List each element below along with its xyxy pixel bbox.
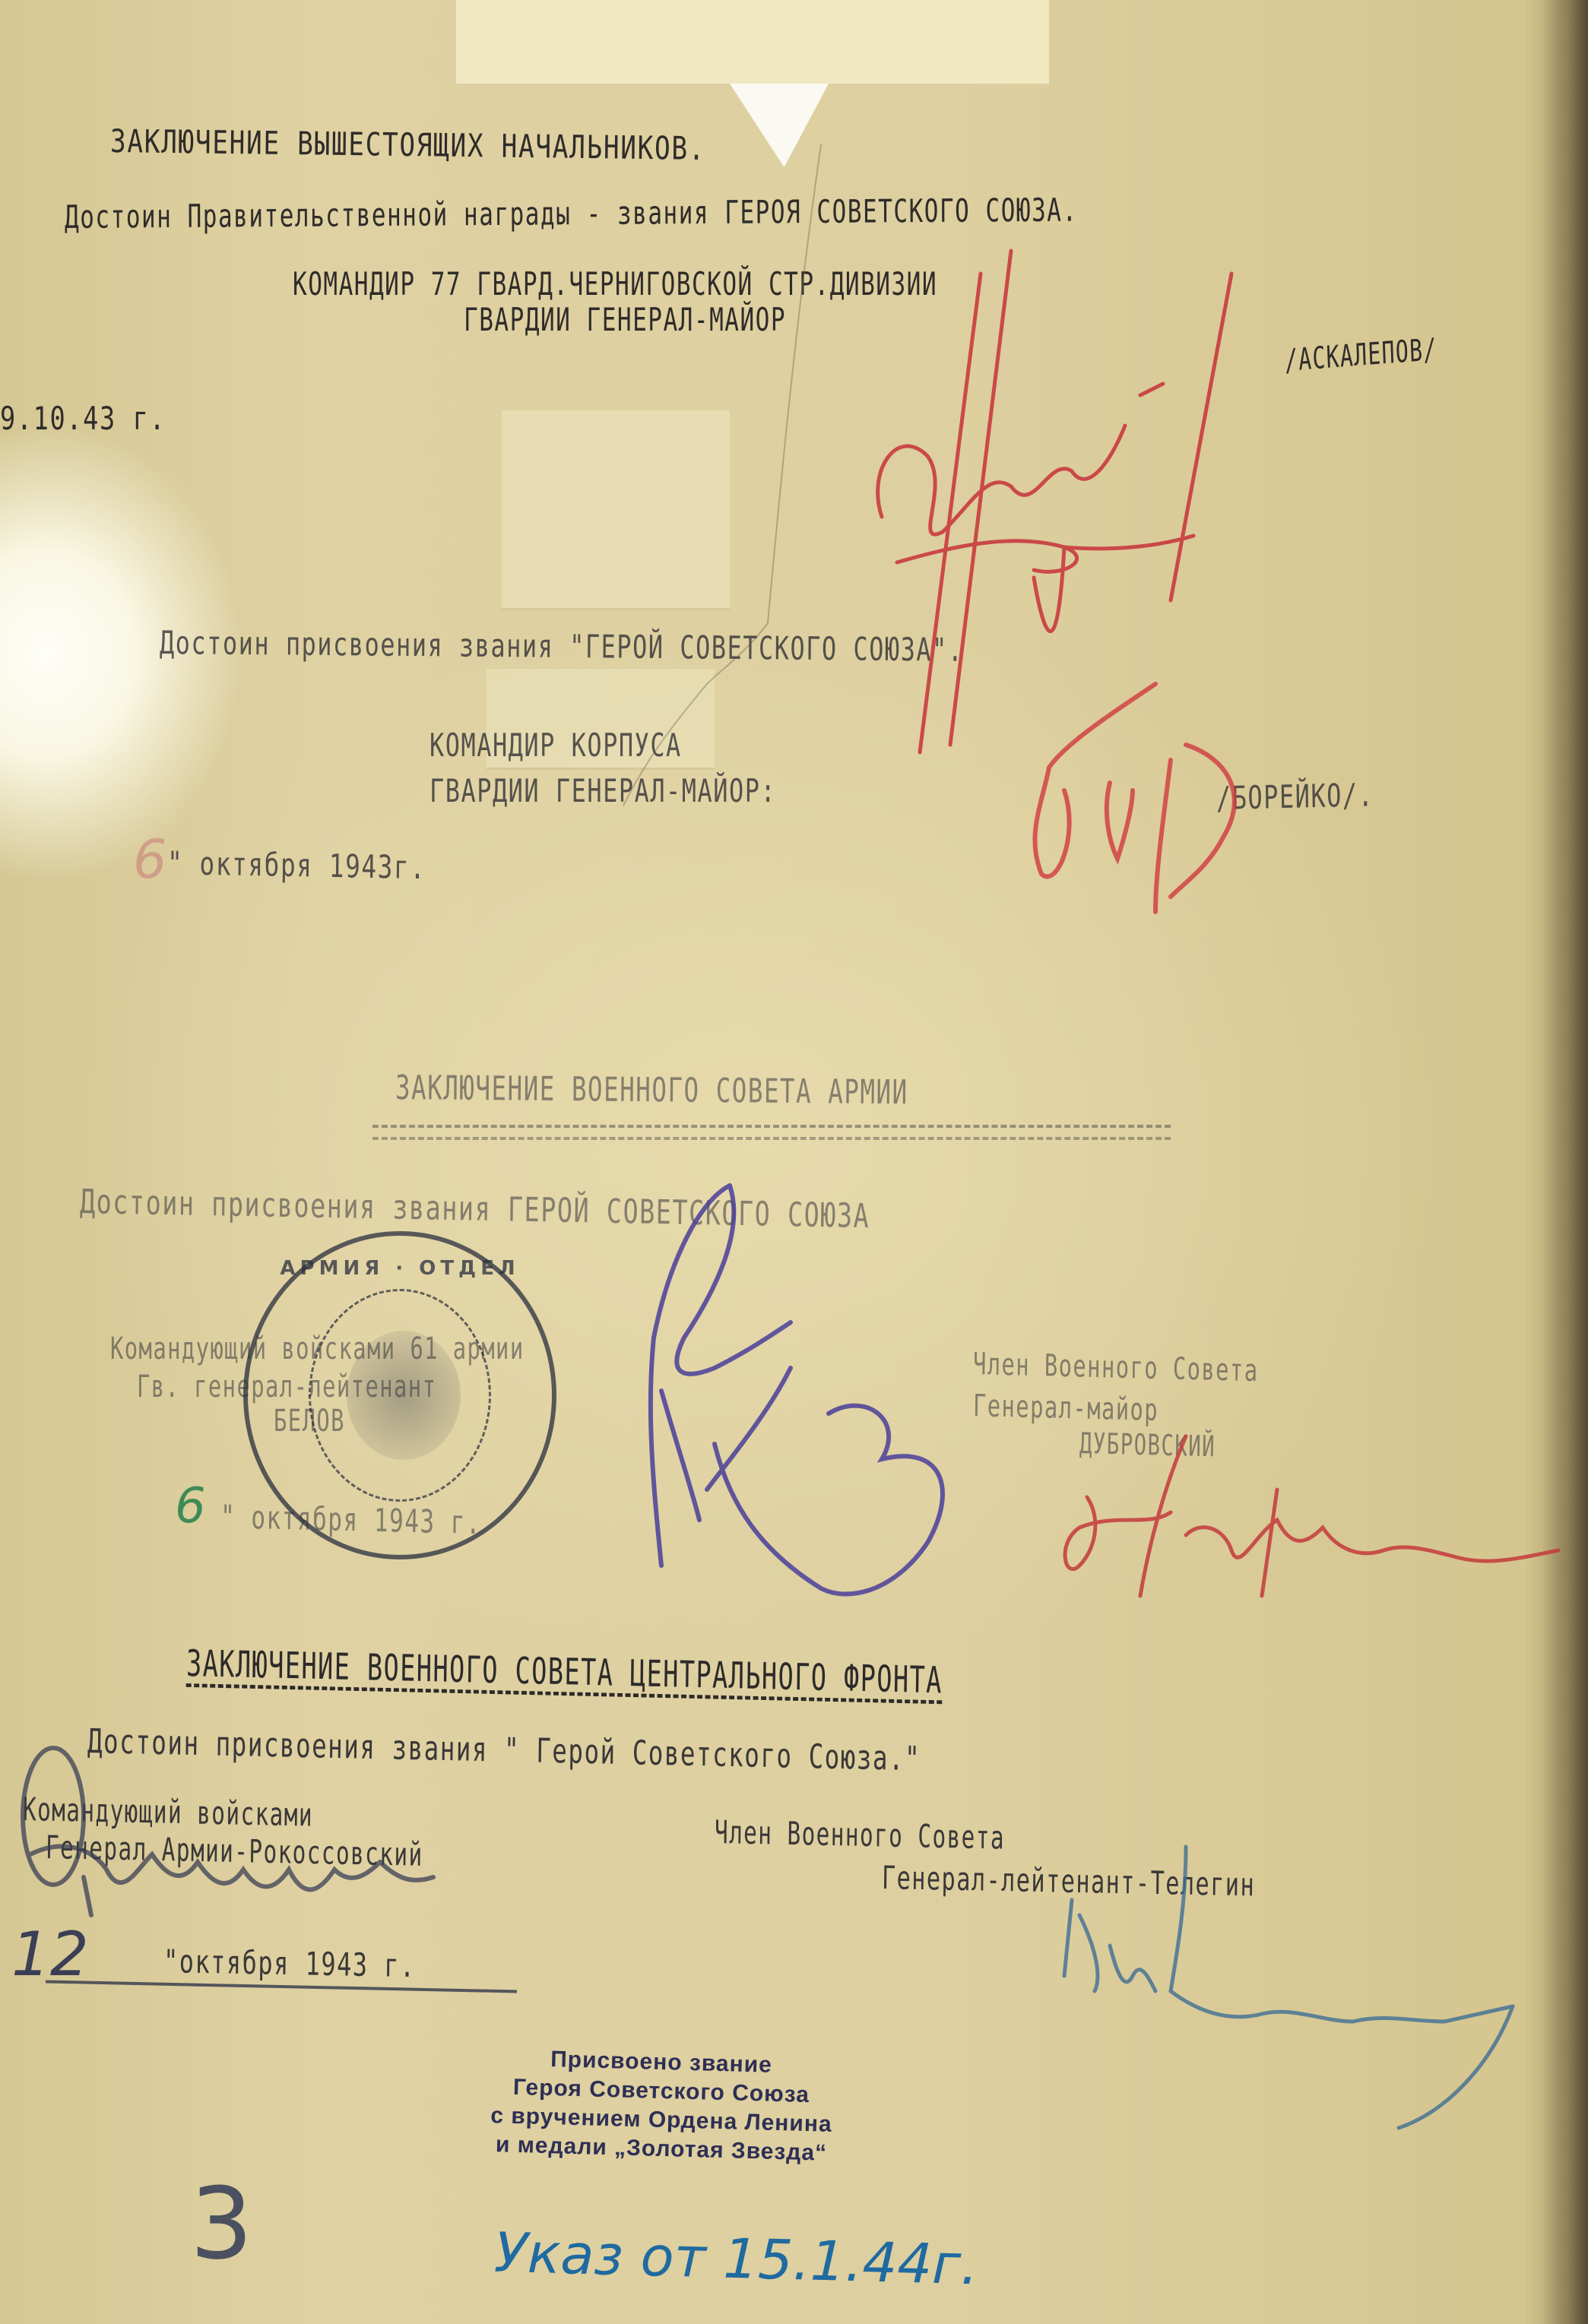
section4-date-day: 12 bbox=[11, 1919, 89, 1990]
section2-date: " октября 1943г. bbox=[167, 847, 426, 884]
section1-signer-title-2: ГВАРДИИ ГЕНЕРАЛ-МАЙОР bbox=[464, 304, 786, 336]
section3-title-rule bbox=[372, 1125, 1171, 1140]
section4-right-signer-1: Член Военного Совета bbox=[715, 1816, 1005, 1854]
tape-strip-top bbox=[456, 0, 1049, 86]
section2-verdict: Достоин присвоения звания "ГЕРОЙ СОВЕТСК… bbox=[160, 627, 964, 666]
decree-note: Указ от 15.1.44г. bbox=[493, 2221, 979, 2297]
section3-right-signer-2: Генерал-майор bbox=[973, 1391, 1159, 1426]
section2-signer-name: /БОРЕЙКО/. bbox=[1216, 779, 1374, 815]
page-number: 3 bbox=[190, 2166, 253, 2281]
award-stamp: Присвоено звание Героя Советского Союза … bbox=[471, 2048, 851, 2164]
seal-ring-text: АРМИЯ · ОТДЕЛ bbox=[248, 1257, 552, 1280]
section4-date: "октября 1943 г. bbox=[163, 1946, 416, 1982]
section1-verdict: Достоин Правительственной награды - зван… bbox=[65, 195, 1078, 233]
section3-date-day: 6 bbox=[175, 1478, 206, 1534]
section4-right-signer-2: Генерал-лейтенант-Телегин bbox=[882, 1862, 1256, 1901]
section3-right-signer-1: Член Военного Совета bbox=[973, 1349, 1259, 1386]
section3-title: ЗАКЛЮЧЕНИЕ ВОЕННОГО СОВЕТА АРМИИ bbox=[395, 1072, 908, 1110]
section3-right-signer-name: ДУБРОВСКИЙ bbox=[1079, 1429, 1216, 1461]
seal-emblem-icon bbox=[347, 1331, 461, 1460]
section1-title: ЗАКЛЮЧЕНИЕ ВЫШЕСТОЯЩИХ НАЧАЛЬНИКОВ. bbox=[110, 125, 705, 165]
section2-date-day: 6 bbox=[133, 828, 167, 891]
official-seal: АРМИЯ · ОТДЕЛ bbox=[243, 1231, 556, 1559]
section1-date: 9.10.43 г. bbox=[0, 403, 166, 435]
section2-signer-title-1: КОМАНДИР КОРПУСА bbox=[429, 730, 682, 761]
frame-edge bbox=[1542, 0, 1588, 2324]
section2-signer-title-2: ГВАРДИИ ГЕНЕРАЛ-МАЙОР: bbox=[429, 775, 776, 807]
section1-signer-title-1: КОМАНДИР 77 ГВАРД.ЧЕРНИГОВСКОЙ СТР.ДИВИЗ… bbox=[293, 268, 937, 300]
tape-patch-middle bbox=[502, 410, 730, 610]
section4-left-signer-1: Командующий войсками bbox=[23, 1794, 313, 1832]
section4-left-signer-2: Генерал Армии-Рокоссовский bbox=[46, 1832, 423, 1871]
